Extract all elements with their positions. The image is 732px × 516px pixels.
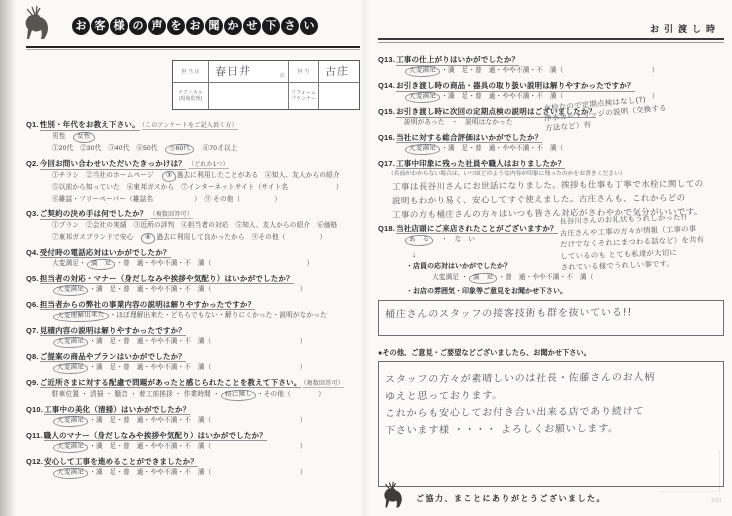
circled-answer: 大変理解出来た (53, 310, 109, 323)
question-Q5: Q5.担当者の対応・マナー（身だしなみや挨拶や気配り）はいかがでしたか？大変満足… (26, 274, 360, 296)
circled-answer: ⑤60代 (165, 143, 195, 155)
question-text: 受付時の電話応対はいかがでしたか？ (40, 248, 171, 259)
title-badge: せ (243, 17, 261, 35)
option-line: 男性 女性 (26, 132, 360, 143)
left-question-list: Q1.性別・年代をお教え下さい。（このアンケートをご記入頂く方）男性 女性①20… (26, 120, 360, 479)
option-text: ①プラン ②会社の実績 ③近所の評判 ④担当者の対応 ⑤知人、友人からの紹介 ⑥… (52, 222, 337, 229)
deer-logo-icon (20, 4, 56, 42)
question-number: Q14. (378, 81, 395, 90)
question-note: （複数回答可） (150, 212, 193, 219)
question-number: Q12. (26, 457, 43, 466)
question-Q7: Q7.見積内容の説明は解りやすかったですか？大変満足・満 足・普 通・やや不満・… (26, 326, 360, 348)
staff-table-planner-value (319, 83, 359, 109)
handwritten-answer-line: 工事は長谷川さんにお世話になりました。挨拶も仕事も丁寧で水栓に関しての (378, 178, 724, 194)
question-number: Q13. (378, 55, 395, 64)
question-text: 職人のマナー（身だしなみや挨拶や気配り）はいかがでしたか？ (44, 431, 267, 442)
question-Q10: Q10.工事中の美化（清掃）はいかがでしたか？大変満足・満 足・普 通・やや不満… (26, 405, 360, 427)
question-number: Q8. (26, 352, 39, 361)
circled-answer: 女性 (73, 132, 95, 144)
option-text: ・ほぼ理解出来た・どちらでもない・解りにくかった・説明がなかった (110, 312, 327, 319)
question-title: Q17.工事中印象に残った社員や職人はおりましたか？ (378, 159, 724, 169)
option-text: ・満 足・普 通・やや不満・不 満（ (441, 145, 563, 152)
question-number: Q1. (26, 120, 39, 129)
question-title: Q1.性別・年代をお教え下さい。（このアンケートをご記入頂く方） (26, 120, 360, 131)
option-text: 過去に利用したことがある ④知人、友人からの紹介 (177, 172, 340, 179)
question-number: Q10. (26, 405, 43, 414)
q18-shop-question: ・お店の雰囲気・印象等ご意見をお聞かせ下さい。 (406, 286, 724, 297)
footer-thanks-text: ご協力、まことにありがとうございました。 (416, 493, 606, 504)
question-number: Q16. (378, 133, 395, 142)
option-line: 駐車位置 ・ 清掃 ・ 騒音 ・ 着工前挨拶 ・ 作業時間 ・特に無し・その他（… (26, 390, 360, 401)
page-code: 1701 (711, 498, 722, 504)
question-text: ご近所さまに対する配慮で問題があったと感じられたことを教えて下さい。 (40, 378, 302, 389)
question-title: Q16.当社に対する総合評価はいかがでしたか？ (378, 133, 724, 143)
circled-answer: 満 足 (87, 258, 116, 270)
circled-answer: 満 足 (469, 272, 498, 284)
option-text: ・満 足・普 通・やや不満・不 満（ ） (89, 364, 306, 371)
option-line: 大変満足・満 足・普 通・やや不満・不 満（ ） (26, 416, 360, 427)
circled-answer: 大変満足 (53, 362, 89, 374)
option-text: ⑧雑誌・フリーペーパー（雑誌名 ） ⑨ その他（ ） (52, 196, 281, 203)
option-line: 大変理解出来た・ほぼ理解出来た・どちらでもない・解りにくかった・説明がなかった (26, 311, 360, 322)
shop-comment-box: 桶庄さんのスタッフの接客技術も群を抜いている!! (378, 300, 724, 336)
deer-footer-icon (380, 480, 408, 510)
option-text: 男性 (52, 133, 72, 140)
handwritten-line: 下さいます様 ・・・・ よろしくお願いします。 (385, 419, 718, 439)
staff-table-label-tanto: 担 当 (289, 61, 319, 83)
store-suffix-label: 店 (280, 73, 285, 79)
option-text: ①チラシ ②当社のホームページ (52, 172, 161, 179)
circled-answer: 大変満足 (53, 415, 89, 427)
question-Q17: Q17.工事中印象に残った社員や職人はおりましたか？（名前がわからない場合は、い… (378, 159, 724, 220)
handwritten-line: ゆえと思っております。 (385, 385, 718, 405)
question-text: 工事中印象に残った社員や職人はおりましたか？ (396, 159, 565, 170)
title-badge: か (224, 17, 242, 35)
question-text: 担当者からの弊社の事業内容の説明は解りやすかったですか？ (40, 300, 256, 311)
question-Q12: Q12.安心して工事を進めることができましたか？大変満足・満 足・普 通・やや不… (26, 457, 360, 479)
question-text: ご契約の決め手は何でしたか？ (40, 209, 148, 220)
circled-answer: 特に無し (221, 389, 257, 401)
circled-answer: 大変満足 (53, 441, 89, 453)
title-badge: い (300, 17, 318, 35)
question-note: （このアンケートをご記入頂く方） (142, 123, 238, 130)
handwritten-store-name: 春日井 (215, 68, 251, 75)
footer: ご協力、まことにありがとうございました。 (380, 480, 606, 510)
question-text: 今回お問い合わせいただいたきっかけは？ (40, 159, 186, 170)
question-text: 見積内容の説明は解りやすかったですか？ (40, 326, 186, 337)
page-right: お引渡し時 Q13.工事の仕上がりはいかがでしたか？大変満足・満 足・普 通・や… (378, 0, 724, 516)
question-number: Q7. (26, 326, 39, 335)
other-comments-box: スタッフの方々が素晴しいのは社長・佐藤さんのお人柄ゆえと思っております。これから… (378, 361, 724, 487)
question-title: Q7.見積内容の説明は解りやすかったですか？ (26, 326, 360, 336)
option-line: ①20代 ②30代 ③40代 ④50代 ⑤60代 ⑥70才以上 (26, 144, 360, 155)
header-rule (26, 46, 360, 50)
handwritten-answer-line: 説明もわかり易く、安心してすぐ使えました。古庄さんも、これからどの (378, 192, 724, 208)
question-title: Q10.工事中の美化（清掃）はいかがでしたか？ (26, 405, 360, 415)
staff-table-label-store: 担 当 店 (173, 61, 209, 83)
option-text: ⑦東邦ガスブランドで安心 (52, 234, 140, 241)
question-title: Q13.工事の仕上がりはいかがでしたか？ (378, 55, 724, 65)
handwritten-line: スタッフの方々が素晴しいのは社長・佐藤さんのお人柄 (385, 368, 718, 388)
handwritten-side-note: 長谷川さんのお礼状もうれしかった!!古庄さんや工事の方々が情報（工事の事だけでな… (559, 210, 729, 273)
question-text: 担当者の対応・マナー（身だしなみや挨拶や気配り）はいかがでしたか？ (40, 274, 294, 285)
option-text: ・普 通・やや不満・不 満（ ） (116, 260, 313, 267)
circled-answer: ③ (161, 171, 176, 182)
option-line: ⑦東邦ガスブランドで安心 ⑧過去に利用して良かったから ⑨その他（ ） (26, 233, 360, 244)
question-number: Q5. (26, 274, 39, 283)
question-title: Q6.担当者からの弊社の事業内容の説明は解りやすかったですか？ (26, 300, 360, 310)
question-Q4: Q4.受付時の電話応対はいかがでしたか？大変満足・満 足・普 通・やや不満・不 … (26, 248, 360, 270)
question-title: Q5.担当者の対応・マナー（身だしなみや挨拶や気配り）はいかがでしたか？ (26, 274, 360, 284)
other-comments-label: ●その他、ご意見・ご要望などございましたら、お聞かせ下さい。 (378, 348, 724, 358)
handwritten-line: これからも安心してお付き合い出来る店であり続けて (385, 402, 718, 422)
option-line: 大変満足・満 足・普 通・やや不満・不 満（ (378, 144, 724, 155)
question-number: Q4. (26, 248, 39, 257)
scanned-survey-sheet: お客様の声をお聞かせ下さい 担 当 店 春日井 店 担 当 古庄 テクニカル(現… (0, 0, 732, 516)
question-title: Q9.ご近所さまに対する配慮で問題があったと感じられたことを教えて下さい。（複数… (26, 378, 360, 389)
option-line: ⑧雑誌・フリーペーパー（雑誌名 ） ⑨ その他（ ） (26, 195, 360, 206)
option-text: ・満 足・普 通・やや不満・不 満（ ） (89, 443, 306, 450)
option-line: 大変満足・満 足・普 通・やや不満・不 満（ ） (26, 259, 360, 270)
question-text: 工事中の美化（清掃）はいかがでしたか？ (44, 405, 190, 416)
question-title: Q14.お引き渡し時の商品・器具の取り扱い説明は解りやすかったですか？ (378, 81, 724, 91)
option-line: 大変満足・満 足・普 通・やや不満・不 満（ ） (378, 66, 724, 77)
staff-table-tanto-value: 古庄 (319, 61, 359, 83)
option-text: ・満 足・普 通・やや不満・不 満（ ） (89, 338, 306, 345)
page-title: お客様の声をお聞かせ下さい (72, 16, 319, 35)
option-text: 駐車位置 ・ 清掃 ・ 騒音 ・ 着工前挨拶 ・ 作業時間 ・ (52, 391, 220, 398)
option-line: 大変満足・満 足・普 通・やや不満・不 満（ ） (26, 468, 360, 479)
page-seam (362, 0, 370, 516)
circled-answer: あ る (405, 234, 434, 246)
option-text: 過去に利用して良かったから ⑨その他（ ） (156, 234, 326, 241)
circled-answer: ⑧ (141, 232, 156, 243)
page-left: お客様の声をお聞かせ下さい 担 当 店 春日井 店 担 当 古庄 テクニカル(現… (26, 0, 360, 516)
question-number: Q11. (26, 431, 43, 440)
question-title: Q3.ご契約の決め手は何でしたか？（複数回答可） (26, 209, 360, 220)
title-badge: お (72, 17, 90, 35)
title-badge: 客 (91, 17, 109, 35)
question-number: Q3. (26, 209, 39, 218)
question-number: Q18. (378, 224, 395, 233)
question-number: Q17. (378, 159, 395, 168)
question-subnote: （名前がわからない場合は、いつ頃どのような内容が印象に残ったのかをお書きください… (378, 170, 724, 178)
option-line: 大変満足・満 足・普 通・やや不満・不 満（ ） (26, 363, 360, 374)
option-text: 大変満足・ (52, 260, 86, 267)
option-text: ・満 足・普 通・やや不満・不 満（ ） (441, 67, 658, 74)
option-text: ・普 通・やや不満・不 満（ (498, 274, 593, 281)
handwritten-tanto-name: 古庄 (325, 68, 349, 75)
staff-table: 担 当 店 春日井 店 担 当 古庄 テクニカル(現場監理) リフォームプランナ… (172, 60, 360, 110)
option-text: ・満 足・普 通・やや不満・不 満（ ） (89, 286, 306, 293)
handwritten-shop-comment: 桶庄さんのスタッフの接客技術も群を抜いている!! (385, 303, 718, 323)
question-number: Q6. (26, 300, 39, 309)
option-text: ・ な い (434, 236, 475, 243)
option-text: 説明があった ・ 説明はなかった (404, 119, 513, 126)
option-line: 大変満足・満 足・普 通・やや不満・不 満（ ） (26, 285, 360, 296)
question-text: 安心して工事を進めることができましたか？ (44, 457, 198, 468)
question-text: 性別・年代をお教え下さい。 (40, 120, 140, 131)
staff-table-store-value: 春日井 店 (209, 61, 289, 83)
title-badge: を (167, 17, 185, 35)
right-header-rule (378, 38, 724, 43)
question-title: Q4.受付時の電話応対はいかがでしたか？ (26, 248, 360, 258)
circled-answer: 大変満足 (405, 65, 441, 77)
title-badge: 下 (262, 17, 280, 35)
option-line: 大変満足・満 足・普 通・やや不満・不 満（ ） (26, 442, 360, 453)
option-line: ①プラン ②会社の実績 ③近所の評判 ④担当者の対応 ⑤知人、友人からの紹介 ⑥… (26, 221, 360, 232)
circled-answer: 大変満足 (405, 91, 441, 103)
staff-table-label-planner: リフォームプランナー (289, 83, 319, 109)
right-page-heading: お引渡し時 (378, 22, 724, 35)
title-badge: さ (281, 17, 299, 35)
option-text: ⑥70才以上 (196, 145, 238, 152)
title-badge: お (186, 17, 204, 35)
question-title: Q8.ご提案の商品やプランはいかがでしたか？ (26, 352, 360, 362)
question-Q9: Q9.ご近所さまに対する配慮で問題があったと感じられたことを教えて下さい。（複数… (26, 378, 360, 401)
staff-table-technical-value (209, 83, 289, 109)
circled-answer: 大変満足 (53, 284, 89, 296)
option-text: 大変満足 ・ (432, 274, 468, 281)
question-Q11: Q11.職人のマナー（身だしなみや挨拶や気配り）はいかがでしたか？大変満足・満 … (26, 431, 360, 453)
left-header: お客様の声をお聞かせ下さい (26, 0, 360, 44)
question-note: （どれか1つ） (188, 162, 229, 169)
question-Q13: Q13.工事の仕上がりはいかがでしたか？大変満足・満 足・普 通・やや不満・不 … (378, 55, 724, 77)
circled-answer: 大変満足 (53, 467, 89, 479)
question-number: Q2. (26, 159, 39, 168)
question-Q3: Q3.ご契約の決め手は何でしたか？（複数回答可）①プラン ②会社の実績 ③近所の… (26, 209, 360, 244)
question-Q1: Q1.性別・年代をお教え下さい。（このアンケートをご記入頂く方）男性 女性①20… (26, 120, 360, 155)
option-line: 大変満足・満 足・普 通・やや不満・不 満（ ） (26, 337, 360, 348)
question-text: 当社店頭にご来店されたことがございますか？ (396, 224, 558, 235)
circled-answer: 大変満足 (53, 336, 89, 348)
question-text: お引き渡し時の商品・器具の取り扱い説明は解りやすかったですか？ (396, 81, 635, 92)
question-title: Q12.安心して工事を進めることができましたか？ (26, 457, 360, 467)
question-text: 当社に対する総合評価はいかがでしたか？ (396, 133, 542, 144)
question-Q6: Q6.担当者からの弊社の事業内容の説明は解りやすかったですか？大変理解出来た・ほ… (26, 300, 360, 322)
staff-table-label-technical: テクニカル(現場監理) (173, 83, 209, 109)
question-text: 工事の仕上がりはいかがでしたか？ (396, 55, 519, 66)
option-text: ・満 足・普 通・やや不満・不 満（ ） (89, 417, 306, 424)
question-text: ご提案の商品やプランはいかがでしたか？ (40, 352, 186, 363)
option-text: ・その他（ ） (257, 391, 325, 398)
option-line: ①チラシ ②当社のホームページ ③過去に利用したことがある ④知人、友人からの紹… (26, 171, 360, 182)
circled-answer: 大変満足 (405, 143, 441, 155)
question-number: Q9. (26, 378, 39, 387)
option-text: ・満 足・普 通・やや不満・不 満（ ） (89, 469, 306, 476)
title-badge: 声 (148, 17, 166, 35)
question-Q2: Q2.今回お問い合わせいただいたきっかけは？（どれか1つ）①チラシ ②当社のホー… (26, 159, 360, 205)
question-Q16: Q16.当社に対する総合評価はいかがでしたか？大変満足・満 足・普 通・やや不満… (378, 133, 724, 155)
question-title: Q2.今回お問い合わせいただいたきっかけは？（どれか1つ） (26, 159, 360, 170)
option-text: ⑤以前から知っていた ⑥東邦ガスから ⑦インターネットサイト（サイト名 ） (52, 184, 343, 191)
title-badge: の (129, 17, 147, 35)
question-title: Q11.職人のマナー（身だしなみや挨拶や気配り）はいかがでしたか？ (26, 431, 360, 441)
title-badge: 聞 (205, 17, 223, 35)
question-number: Q15. (378, 107, 395, 116)
question-note: （複数回答可） (303, 381, 343, 388)
title-badge: 様 (110, 17, 128, 35)
question-Q8: Q8.ご提案の商品やプランはいかがでしたか？大変満足・満 足・普 通・やや不満・… (26, 352, 360, 374)
option-line: ⑤以前から知っていた ⑥東邦ガスから ⑦インターネットサイト（サイト名 ） (26, 183, 360, 194)
option-text: ①20代 ②30代 ③40代 ④50代 (52, 145, 164, 152)
q18-staff-options: 大変満足 ・満 足・普 通・やや不満・不 満（ (406, 273, 724, 284)
